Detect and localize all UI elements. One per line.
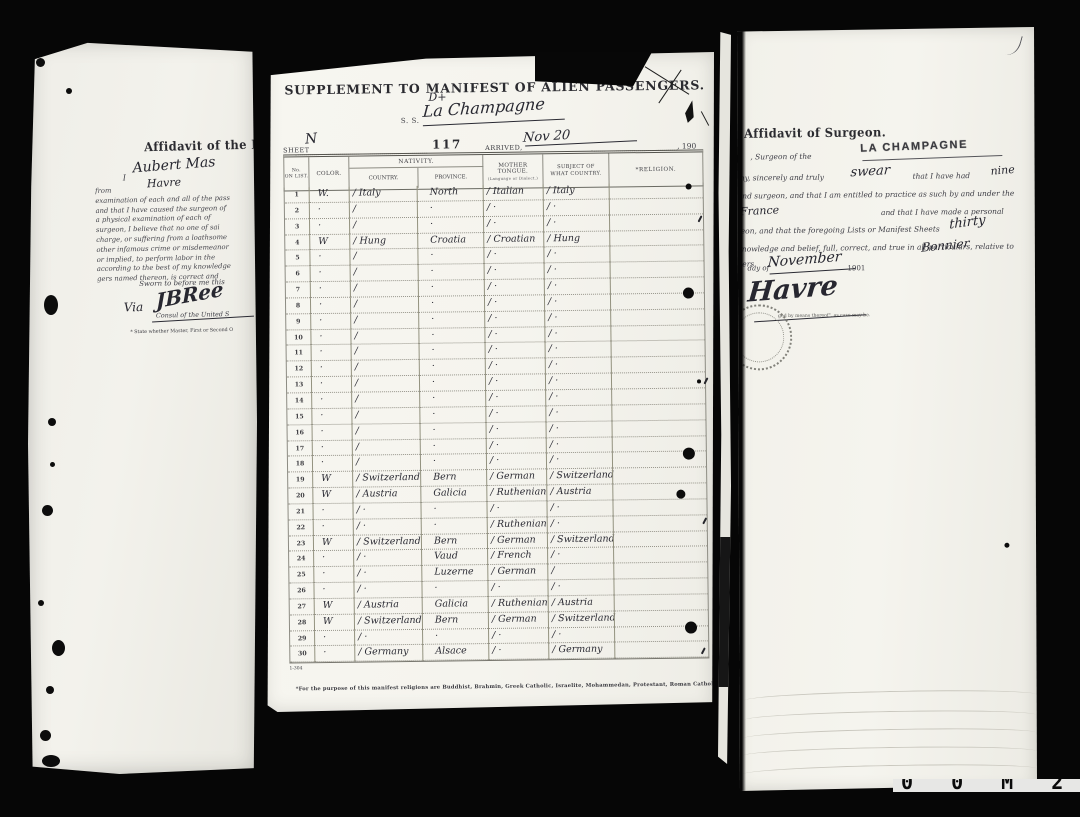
subject-country-cell: / ·: [547, 580, 613, 597]
mother-tongue-cell: / ·: [485, 374, 545, 391]
ink-blob: [44, 295, 58, 315]
row-number: 30: [290, 647, 314, 663]
color-cell: ·: [312, 456, 352, 472]
microfilm-frame-strip: 0 0 M 2 0: [893, 779, 1080, 792]
subject-country-cell: / Switzerland: [546, 469, 612, 486]
color-cell: ·: [309, 203, 349, 219]
row-number: 22: [289, 520, 313, 536]
religion-cell: [611, 341, 705, 358]
nativity-province-cell: ·: [419, 343, 485, 360]
color-cell: ·: [310, 266, 350, 282]
row-number: 17: [288, 441, 312, 457]
mother-tongue-cell: / Ruthenian: [488, 596, 548, 613]
header-no-on-list: No. ON LIST.: [284, 157, 308, 190]
row-number: 8: [286, 298, 310, 314]
nativity-province-cell: Luzerne: [421, 565, 487, 582]
row-number: 9: [286, 314, 310, 330]
religion-cell: [610, 325, 704, 342]
color-cell: W: [313, 535, 353, 551]
nativity-province-cell: ·: [419, 359, 485, 376]
black-photo-obstruction: [535, 52, 652, 86]
subject-country-cell: / ·: [544, 310, 610, 327]
subject-country-cell: / ·: [548, 627, 614, 644]
nativity-province-cell: ·: [419, 391, 485, 408]
nativity-province-cell: ·: [417, 201, 483, 218]
shadow-patch: [718, 537, 731, 687]
row-number: 25: [289, 567, 313, 583]
subject-country-cell: / Switzerland: [548, 611, 614, 628]
nativity-country-cell: / ·: [353, 566, 421, 583]
religion-footnote: *For the purpose of this manifest religi…: [296, 682, 688, 693]
nativity-province-cell: ·: [420, 502, 486, 519]
nativity-country-cell: /: [350, 265, 418, 282]
color-cell: ·: [311, 361, 351, 377]
ink-blob: [42, 505, 53, 516]
master-name-handwriting: Aubert Mas: [132, 154, 216, 176]
nativity-country-cell: / Germany: [354, 645, 422, 662]
header-color: COLOR.: [308, 157, 348, 190]
nativity-country-cell: / ·: [353, 550, 421, 567]
subject-country-cell: / ·: [545, 374, 611, 391]
row-number: 6: [286, 266, 310, 282]
nativity-country-cell: /: [349, 218, 417, 235]
nativity-province-cell: Vaud: [421, 549, 487, 566]
nativity-country-cell: /: [351, 408, 419, 425]
mother-tongue-cell: / Ruthenian: [487, 517, 547, 534]
nativity-province-cell: Bern: [421, 534, 487, 551]
ss-label: S. S.: [401, 117, 420, 125]
nativity-country-cell: /: [351, 392, 419, 409]
ink-blob: [42, 755, 60, 767]
mother-tongue-cell: / ·: [485, 422, 545, 439]
row-number: 4: [285, 235, 309, 251]
religion-cell: [613, 547, 707, 564]
nativity-country-cell: / ·: [354, 629, 422, 646]
mother-tongue-cell: / ·: [488, 628, 548, 645]
nativity-country-cell: / Switzerland: [352, 471, 420, 488]
nativity-province-cell: ·: [420, 454, 486, 471]
subject-country-cell: / Hung: [543, 231, 609, 248]
affidavit-line: that I have had: [913, 171, 971, 181]
nativity-country-cell: / Hung: [349, 233, 417, 250]
nativity-province-cell: ·: [418, 328, 484, 345]
religion-cell: [614, 594, 708, 611]
mother-tongue-cell: / German: [487, 565, 547, 582]
subject-country-cell: / ·: [546, 453, 612, 470]
nativity-province-cell: ·: [419, 407, 485, 424]
nativity-country-cell: / Austria: [354, 598, 422, 615]
religion-cell: [611, 372, 705, 389]
color-cell: ·: [309, 250, 349, 266]
ink-blob: [48, 418, 56, 426]
manifest-page-number: 117: [432, 137, 462, 151]
color-cell: ·: [311, 408, 351, 424]
ink-fleck: [697, 379, 701, 383]
surgeon-small-print: ged by means thereof", as case may be.: [778, 313, 870, 319]
header-subject-of-country: SUBJECT OF WHAT COUNTRY.: [542, 154, 608, 188]
row-number: 5: [285, 251, 309, 267]
subject-country-cell: / ·: [544, 279, 610, 296]
color-cell: ·: [313, 519, 353, 535]
mother-tongue-cell: / ·: [484, 264, 544, 281]
nativity-country-cell: /: [351, 360, 419, 377]
torn-page-edge-sliver: [718, 32, 731, 764]
color-cell: W: [312, 488, 352, 504]
subject-country-cell: / ·: [547, 548, 613, 565]
mother-tongue-cell: / ·: [484, 327, 544, 344]
religion-cell: [609, 198, 703, 215]
via-handwriting: Via: [124, 300, 144, 314]
subject-country-cell: / ·: [543, 215, 609, 232]
ink-blob: [66, 88, 72, 94]
sheet-number-handwriting: N: [304, 131, 318, 148]
mother-tongue-cell: / Croatian: [483, 232, 543, 249]
header-mother-tongue: MOTHER TONGUE. (Language or Dialect.): [482, 154, 542, 188]
row-number: 13: [287, 377, 311, 393]
row-number: 1: [285, 187, 309, 203]
nativity-country-cell: / ·: [353, 582, 421, 599]
religion-cell: [613, 531, 707, 548]
subject-country-cell: / Switzerland: [547, 532, 613, 549]
religion-cell: [609, 214, 703, 231]
ink-blob: [683, 447, 695, 459]
nativity-country-cell: /: [351, 344, 419, 361]
mother-tongue-cell: / ·: [486, 438, 546, 455]
nativity-country-cell: / Switzerland: [354, 614, 422, 631]
subject-country-cell: /: [547, 564, 613, 581]
nativity-province-cell: ·: [420, 439, 486, 456]
row-number: 28: [290, 615, 314, 631]
nativity-province-cell: ·: [421, 581, 487, 598]
row-number: 2: [285, 203, 309, 219]
subject-country-cell: / ·: [543, 247, 609, 264]
scanned-manifest-photo: Affidavit of the Ma I Aubert Mas Havre f…: [0, 0, 1080, 817]
row-number: 24: [289, 552, 313, 568]
color-cell: ·: [311, 345, 351, 361]
row-number: 14: [287, 393, 311, 409]
affidavit-line: knowledge and belief, full, correct, and…: [737, 242, 1014, 254]
ink-blob: [36, 58, 45, 67]
affidavit-line: and surgeon, and that I am entitled to p…: [738, 189, 1015, 201]
row-number: 27: [290, 599, 314, 615]
affidavit-intro-i: I: [123, 173, 126, 182]
subject-country-cell: / ·: [544, 294, 610, 311]
surgeon-affidavit-title: Affidavit of Surgeon.: [744, 124, 886, 141]
ink-blob: [686, 184, 692, 190]
subject-country-cell: / ·: [545, 358, 611, 375]
page-curl-line: [743, 762, 1037, 781]
mother-tongue-cell: / ·: [484, 311, 544, 328]
religion-cell: [611, 357, 705, 374]
nativity-country-cell: /: [352, 424, 420, 441]
nativity-country-cell: / Austria: [352, 487, 420, 504]
manifest-supplement-page: SUPPLEMENT TO MANIFEST OF ALIEN PASSENGE…: [264, 52, 714, 712]
nativity-country-cell: /: [350, 297, 418, 314]
color-cell: W: [312, 472, 352, 488]
pen-flourish: [423, 119, 565, 127]
color-cell: ·: [309, 218, 349, 234]
nativity-province-cell: ·: [421, 518, 487, 535]
mother-tongue-cell: / German: [487, 533, 547, 550]
row-number: 16: [288, 425, 312, 441]
subject-country-cell: / ·: [544, 326, 610, 343]
nativity-province-cell: Bern: [420, 470, 486, 487]
subject-country-cell: / ·: [546, 500, 612, 517]
row-number: 15: [287, 409, 311, 425]
nativity-country-cell: /: [351, 376, 419, 393]
nativity-country-cell: /: [350, 328, 418, 345]
subject-country-cell: / Germany: [548, 643, 614, 660]
nativity-country-cell: / ·: [353, 519, 421, 536]
row-number: 20: [288, 488, 312, 504]
color-cell: ·: [313, 551, 353, 567]
color-cell: ·: [313, 567, 353, 583]
mother-tongue-cell: / ·: [485, 390, 545, 407]
religion-cell: [612, 468, 706, 485]
subject-country-cell: / Austria: [546, 485, 612, 502]
color-cell: ·: [311, 393, 351, 409]
nativity-province-cell: Galicia: [422, 597, 488, 614]
affidavit-line: reon, and that the foregoing Lists or Ma…: [737, 224, 940, 235]
subject-country-cell: / ·: [547, 516, 613, 533]
religion-cell: [612, 499, 706, 516]
color-cell: ·: [310, 298, 350, 314]
page-curl-line: [743, 745, 1037, 763]
nativity-province-cell: Bern: [422, 613, 488, 630]
row-number: 26: [289, 583, 313, 599]
color-cell: ·: [310, 313, 350, 329]
religion-cell: [613, 578, 707, 595]
mother-tongue-cell: / German: [486, 469, 546, 486]
mother-tongue-cell: / ·: [488, 644, 548, 661]
color-cell: ·: [310, 329, 350, 345]
ink-fleck: [1004, 543, 1009, 548]
row-number: 23: [289, 536, 313, 552]
nativity-province-cell: ·: [422, 629, 488, 646]
subject-country-cell: / ·: [545, 342, 611, 359]
ink-blob: [46, 686, 54, 694]
page-curl-line: [744, 688, 1036, 707]
nine-handwriting: nine: [990, 163, 1015, 178]
religion-cell: [612, 483, 706, 500]
mother-tongue-cell: / French: [487, 549, 547, 566]
row-number: 10: [286, 330, 310, 346]
mother-tongue-cell: / ·: [483, 216, 543, 233]
mother-tongue-cell: / ·: [484, 295, 544, 312]
color-cell: ·: [312, 504, 352, 520]
ink-blob: [685, 621, 697, 633]
religion-cell: [611, 404, 705, 421]
master-affidavit-title: Affidavit of the Ma: [144, 136, 257, 154]
row-number: 11: [287, 346, 311, 362]
color-cell: ·: [311, 377, 351, 393]
affidavit-line: my, sincerely and truly: [738, 173, 825, 183]
row-number: 18: [288, 457, 312, 473]
master-affidavit-page: Affidavit of the Ma I Aubert Mas Havre f…: [28, 40, 257, 774]
nativity-province-cell: Galicia: [420, 486, 486, 503]
color-cell: ·: [313, 583, 353, 599]
nativity-province-cell: ·: [418, 280, 484, 297]
mother-tongue-cell: / ·: [485, 406, 545, 423]
nativity-country-cell: /: [352, 455, 420, 472]
mother-tongue-cell: / Ruthenian: [486, 485, 546, 502]
header-religion: *RELIGION.: [608, 152, 702, 186]
subject-country-cell: / ·: [545, 421, 611, 438]
nativity-province-cell: North: [417, 185, 483, 202]
subject-country-cell: / ·: [546, 437, 612, 454]
microfilm-frame-text: 0 0 M 2 0: [893, 779, 1080, 792]
nativity-country-cell: /: [349, 202, 417, 219]
form-number: 1-304: [289, 666, 302, 671]
surgeon-affidavit-page: Affidavit of Surgeon. , Surgeon of the L…: [737, 27, 1037, 791]
pen-squiggle: [1001, 32, 1023, 58]
religion-cell: [609, 230, 703, 247]
color-cell: W: [314, 599, 354, 615]
subject-country-cell: / ·: [543, 199, 609, 216]
subject-country-cell: / ·: [545, 405, 611, 422]
row-number: 3: [285, 219, 309, 235]
mother-tongue-cell: / ·: [483, 200, 543, 217]
stamp-underline: [862, 155, 1002, 161]
row-number: 19: [288, 472, 312, 488]
subject-country-cell: / Italy: [543, 184, 609, 201]
nativity-country-cell: / ·: [352, 503, 420, 520]
color-cell: W.: [309, 187, 349, 203]
nativity-province-cell: ·: [417, 217, 483, 234]
nativity-province-cell: Croatia: [417, 233, 483, 250]
color-cell: ·: [314, 630, 354, 646]
mother-tongue-cell: / ·: [484, 279, 544, 296]
nativity-country-cell: /: [349, 249, 417, 266]
row-number: 12: [287, 361, 311, 377]
page-curl-line: [743, 726, 1036, 745]
color-cell: ·: [310, 282, 350, 298]
row-number: 7: [286, 282, 310, 298]
row-number: 21: [288, 504, 312, 520]
ship-name-stamp: LA CHAMPAGNE: [860, 139, 968, 155]
subject-country-cell: / Austria: [548, 595, 614, 612]
nativity-country-cell: / Switzerland: [353, 534, 421, 551]
nativity-country-cell: /: [350, 281, 418, 298]
affidavit-body-text: fromexamination of each and all of the p…: [95, 184, 251, 285]
religion-cell: [610, 309, 704, 326]
color-cell: W: [309, 234, 349, 250]
surgeon-note-handwriting: Bonnier: [921, 236, 970, 255]
mother-tongue-cell: / ·: [487, 580, 547, 597]
nativity-province-cell: ·: [418, 296, 484, 313]
ink-blob: [50, 462, 55, 467]
page-fold-shadow: [737, 27, 746, 791]
religion-cell: [611, 388, 705, 405]
subject-country-cell: / ·: [544, 263, 610, 280]
subject-country-cell: / ·: [545, 389, 611, 406]
religion-cell: [613, 515, 707, 532]
page-curl-line: [744, 708, 1036, 726]
surgeon-of-label: , Surgeon of the: [750, 152, 811, 162]
religion-cell: [609, 246, 703, 263]
color-cell: ·: [312, 440, 352, 456]
nativity-country-cell: /: [352, 439, 420, 456]
mother-tongue-cell: / German: [488, 612, 548, 629]
nativity-province-cell: ·: [420, 423, 486, 440]
religion-cell: [614, 642, 708, 659]
color-cell: ·: [314, 646, 354, 662]
mother-tongue-cell: / ·: [485, 343, 545, 360]
surgeon-signature: Havre: [746, 270, 839, 309]
master-footnote: * State whether Master, First or Second …: [130, 328, 233, 335]
nativity-province-cell: ·: [418, 312, 484, 329]
row-number: 29: [290, 631, 314, 647]
day-of-label: day of: [747, 264, 769, 272]
mother-tongue-cell: / ·: [486, 454, 546, 471]
religion-cell: [610, 262, 704, 279]
mother-tongue-cell: / Italian: [483, 184, 543, 201]
religion-cell: [611, 420, 705, 437]
mother-tongue-cell: / ·: [485, 359, 545, 376]
ink-blob: [683, 287, 694, 298]
nativity-country-cell: /: [350, 313, 418, 330]
nativity-province-cell: ·: [419, 375, 485, 392]
nativity-country-cell: / Italy: [349, 186, 417, 203]
ink-blob: [676, 490, 685, 499]
ink-blob: [40, 730, 51, 741]
mother-tongue-cell: / ·: [483, 248, 543, 265]
religion-cell: [613, 563, 707, 580]
year-handnote: 1901: [847, 264, 865, 272]
color-cell: ·: [312, 424, 352, 440]
ink-blob: [52, 640, 65, 656]
manifest-table-rows: 1 W. / Italy North / Italian / Italy 2 ·…: [284, 182, 710, 663]
swear-handwriting: swear: [850, 163, 891, 181]
mother-tongue-cell: / ·: [486, 501, 546, 518]
nativity-province-cell: ·: [417, 248, 483, 265]
nativity-province-cell: ·: [418, 264, 484, 281]
color-cell: W: [314, 614, 354, 630]
ink-blob: [38, 600, 44, 606]
nativity-province-cell: Alsace: [422, 644, 488, 661]
consul-line: Consul of the United S: [156, 310, 230, 320]
